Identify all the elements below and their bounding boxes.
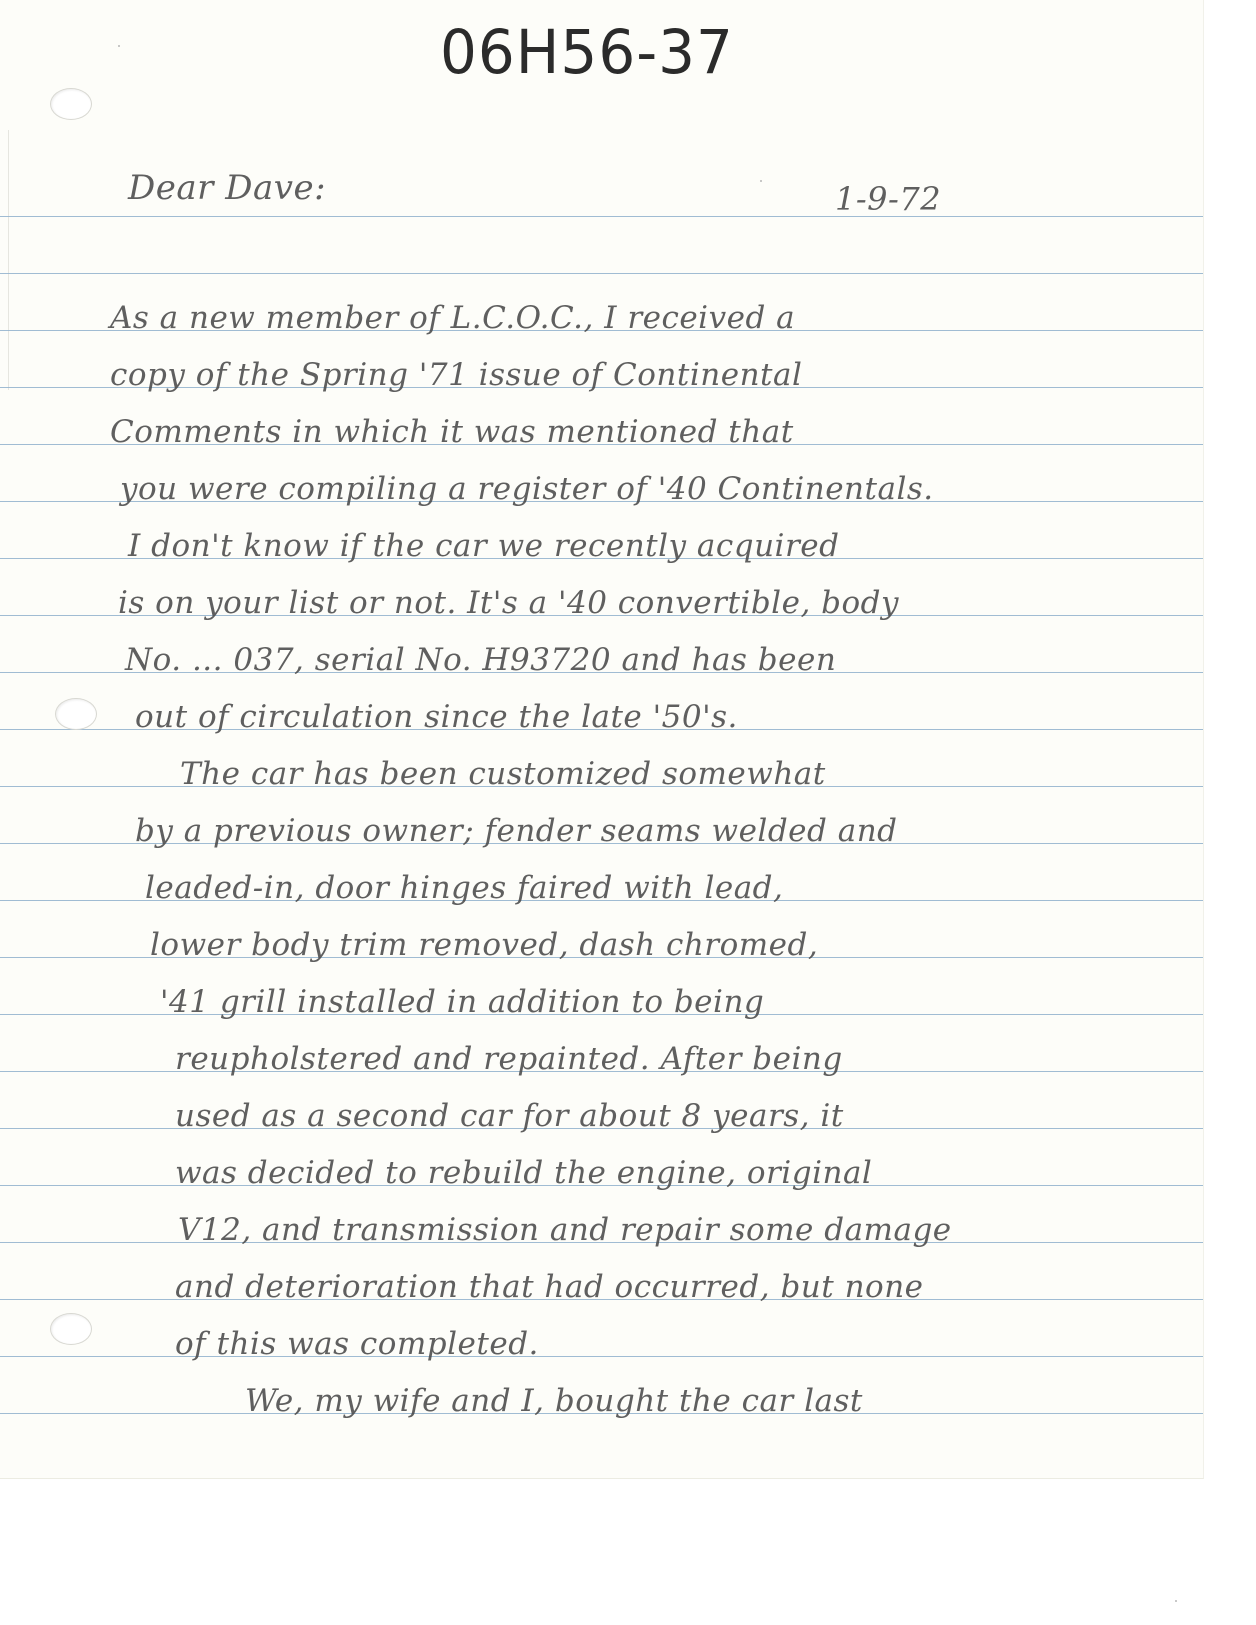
letter-line: '41 grill installed in addition to being <box>160 984 764 1020</box>
paper-speck <box>760 180 762 182</box>
letter-line: reupholstered and repainted. After being <box>175 1041 843 1077</box>
letter-line: out of circulation since the late '50's. <box>135 699 738 735</box>
letter-line: and deterioration that had occurred, but… <box>175 1269 924 1305</box>
paper-speck <box>118 45 120 47</box>
letter-line: V12, and transmission and repair some da… <box>178 1212 952 1248</box>
letter-line: As a new member of L.C.O.C., I received … <box>110 300 795 336</box>
letter-page: 06H56-37 Dear Dave: 1-9-72 As a new memb… <box>0 0 1204 1479</box>
letter-line: I don't know if the car we recently acqu… <box>128 528 839 564</box>
letter-line: used as a second car for about 8 years, … <box>175 1098 844 1134</box>
punch-hole-middle <box>55 698 97 730</box>
punch-hole-bottom <box>50 1313 92 1345</box>
scan-speck <box>1175 1600 1177 1602</box>
ruled-line <box>0 216 1203 217</box>
letter-line: of this was completed. <box>175 1326 539 1362</box>
letter-date: 1-9-72 <box>835 180 941 218</box>
letter-line: lower body trim removed, dash chromed, <box>150 927 818 963</box>
letter-line: was decided to rebuild the engine, origi… <box>175 1155 872 1191</box>
letter-line: leaded-in, door hinges faired with lead, <box>145 870 783 906</box>
ruled-line <box>0 273 1203 274</box>
letter-line: you were compiling a register of '40 Con… <box>120 471 934 507</box>
salutation: Dear Dave: <box>128 168 326 208</box>
punch-hole-top <box>50 88 92 120</box>
letter-line: Comments in which it was mentioned that <box>110 414 794 450</box>
letter-line: is on your list or not. It's a '40 conve… <box>118 585 899 621</box>
letter-line: No. ... 037, serial No. H93720 and has b… <box>125 642 836 678</box>
reference-number: 06H56-37 <box>440 16 734 87</box>
letter-line: The car has been customized somewhat <box>180 756 826 792</box>
paper-fold-edge <box>8 130 9 390</box>
letter-line: copy of the Spring '71 issue of Continen… <box>110 357 802 393</box>
letter-line: We, my wife and I, bought the car last <box>245 1383 863 1419</box>
letter-line: by a previous owner; fender seams welded… <box>135 813 898 849</box>
